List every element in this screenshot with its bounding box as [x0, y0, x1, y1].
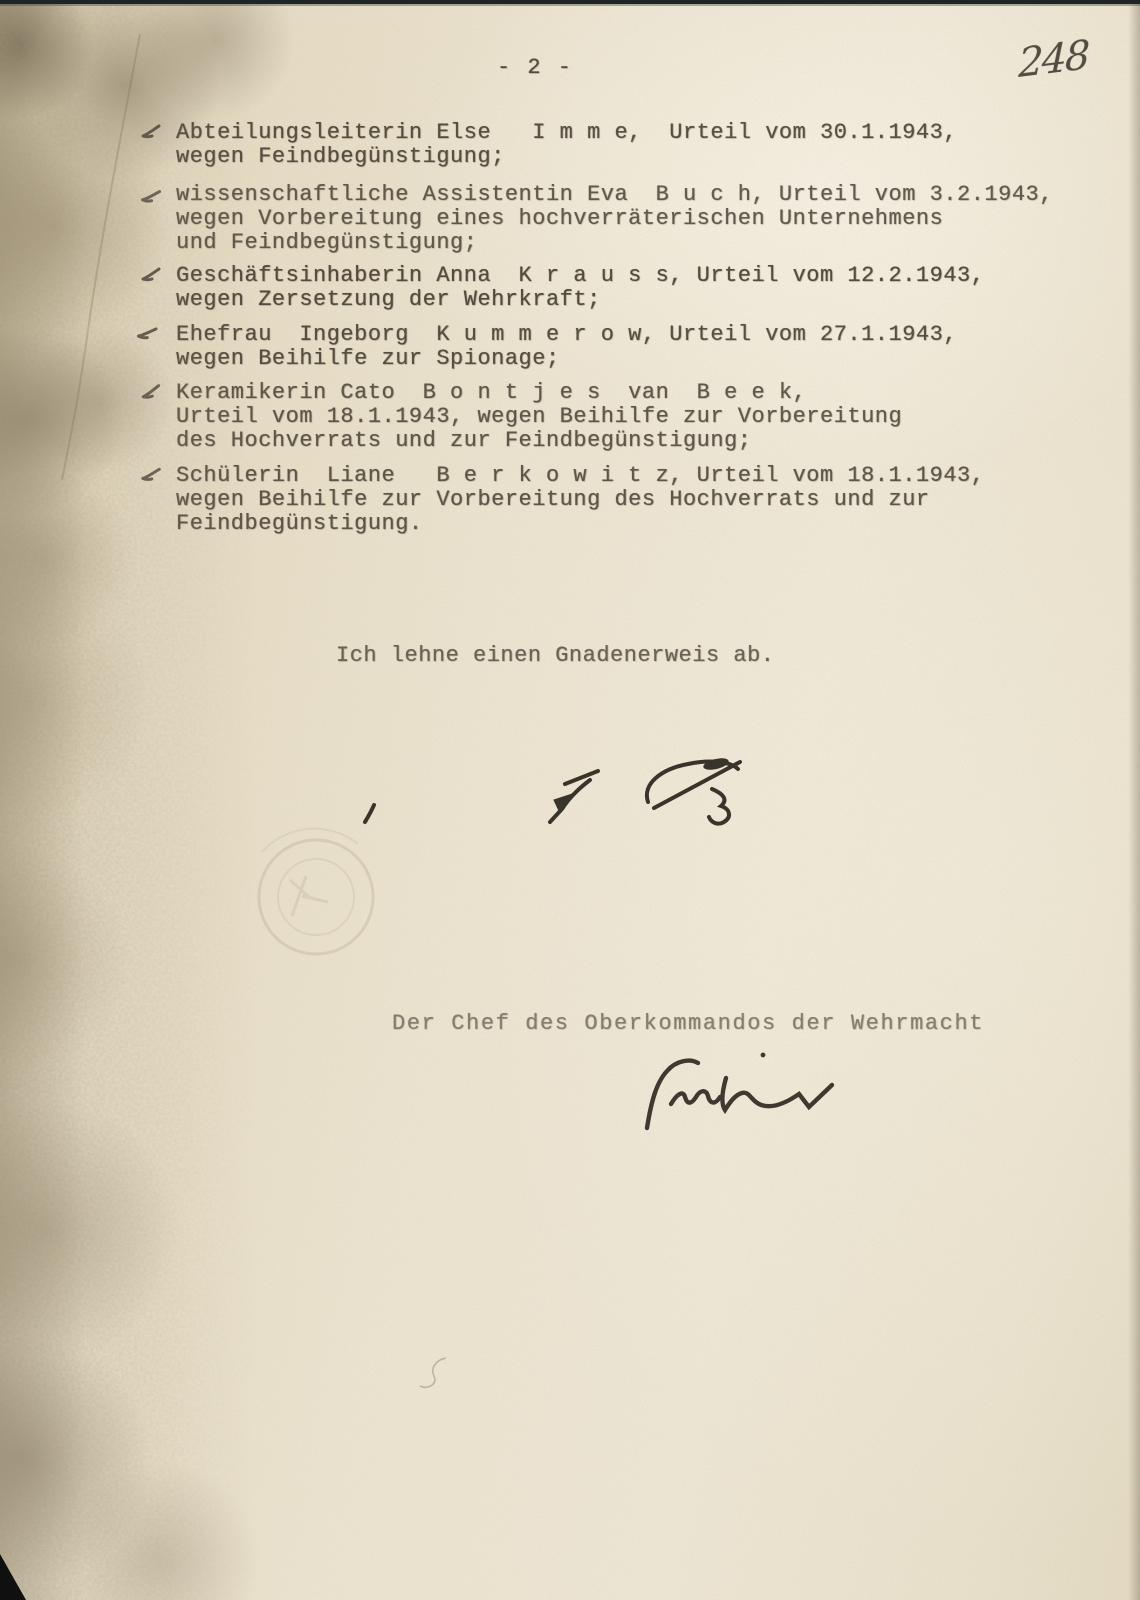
entry-line: wegen Feindbegünstigung;: [176, 145, 957, 169]
entry-line: wegen Zersetzung der Wehrkraft;: [176, 288, 984, 312]
judgment-entry: Schülerin Liane B e r k o w i t z, Urtei…: [176, 464, 984, 536]
entry-line: Geschäftsinhaberin Anna K r a u s s, Urt…: [176, 264, 984, 288]
signature-block-title: Der Chef des Oberkommandos der Wehrmacht: [392, 1012, 984, 1036]
stray-ink-mark: [420, 1358, 446, 1387]
scanned-document-page: - 2 - 248 Abteilungsleiterin Else I m m …: [0, 0, 1140, 1600]
entry-line: wegen Beihilfe zur Spionage;: [176, 347, 957, 371]
margin-checkmark-icon: [139, 464, 168, 485]
decision-line: Ich lehne einen Gnadenerweis ab.: [336, 644, 774, 668]
margin-checkmark-icon: [140, 265, 168, 285]
margin-checkmark-icon: [139, 381, 168, 403]
scan-edge-top-shadow: [0, 4, 1140, 6]
entry-line: Abteilungsleiterin Else I m m e, Urteil …: [176, 121, 957, 145]
signature-initials-stroke: [365, 805, 374, 822]
embossed-seal: [259, 829, 373, 954]
judgment-entry: Abteilungsleiterin Else I m m e, Urteil …: [176, 121, 957, 169]
entry-line: Keramikerin Cato B o n t j e s van B e e…: [176, 381, 902, 405]
entry-line: wegen Vorbereitung eines hochverräterisc…: [176, 207, 1053, 231]
entry-line: Schülerin Liane B e r k o w i t z, Urtei…: [176, 464, 984, 488]
judgment-entry: wissenschaftliche Assistentin Eva B u c …: [176, 183, 1053, 255]
judgment-entry: Ehefrau Ingeborg K u m m e r o w, Urteil…: [176, 323, 957, 371]
entry-line: und Feindbegünstigung;: [176, 231, 1053, 255]
judgment-entry: Keramikerin Cato B o n t j e s van B e e…: [176, 381, 902, 453]
crease-line: [62, 34, 140, 480]
margin-checkmark-icon: [140, 122, 168, 142]
margin-checkmark-icon: [139, 186, 169, 209]
page-number: - 2 -: [497, 56, 573, 80]
judgment-entry: Geschäftsinhaberin Anna K r a u s s, Urt…: [176, 264, 984, 312]
signature-initials: [365, 756, 740, 824]
entry-line: Urteil vom 18.1.1943, wegen Beihilfe zur…: [176, 405, 902, 429]
handwritten-page-number: 248: [1018, 27, 1128, 87]
entry-line: Ehefrau Ingeborg K u m m e r o w, Urteil…: [176, 323, 957, 347]
scan-corner-bottom-left: [0, 1554, 26, 1600]
signature-script: [647, 1053, 832, 1128]
entry-line: wegen Beihilfe zur Vorbereitung des Hoch…: [176, 488, 984, 512]
margin-checkmark-icon: [134, 322, 165, 347]
entry-line: des Hochverrats und zur Feindbegünstigun…: [176, 429, 902, 453]
entry-line: wissenschaftliche Assistentin Eva B u c …: [176, 183, 1053, 207]
entry-line: Feindbegünstigung.: [176, 512, 984, 536]
